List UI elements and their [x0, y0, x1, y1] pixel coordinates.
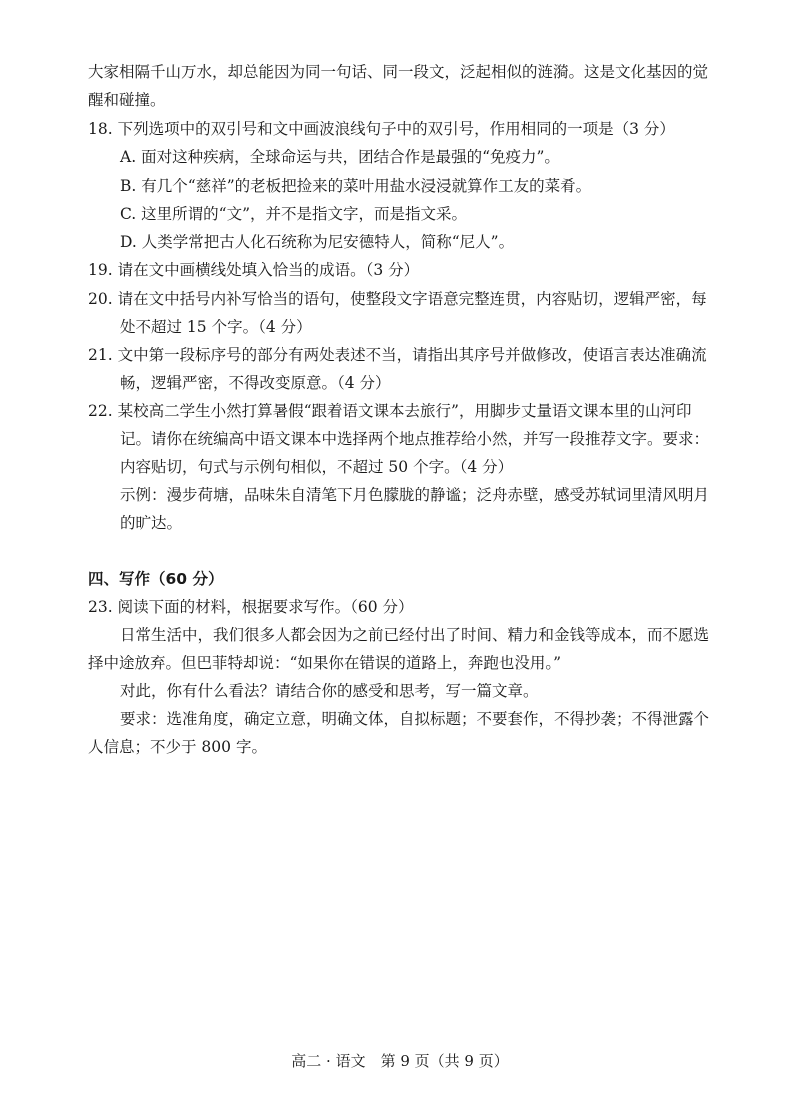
question-number: 18.: [88, 120, 113, 138]
page-footer: 高二 · 语文 第 9 页（共 9 页）: [0, 1050, 800, 1071]
question-continuation: 内容贴切，句式与示例句相似，不超过 50 个字。（4 分）: [120, 457, 513, 477]
option-text: 这里所谓的“文”，并不是指文字，而是指文采。: [141, 205, 467, 223]
question-20: 20. 请在文中括号内补写恰当的语句，使整段文字语意完整连贯，内容贴切，逻辑严密…: [88, 289, 707, 309]
material-line: 日常生活中，我们很多人都会因为之前已经付出了时间、精力和金钱等成本，而不愿选: [120, 625, 709, 645]
passage-line: 醒和碰撞。: [88, 90, 166, 110]
question-19: 19. 请在文中画横线处填入恰当的成语。（3 分）: [88, 260, 419, 280]
question-text: 阅读下面的材料，根据要求写作。（60 分）: [118, 598, 414, 616]
question-21: 21. 文中第一段标序号的部分有两处表述不当，请指出其序号并做修改，使语言表达准…: [88, 345, 707, 365]
requirements-line: 人信息；不少于 800 字。: [88, 737, 267, 757]
question-text: 文中第一段标序号的部分有两处表述不当，请指出其序号并做修改，使语言表达准确流: [118, 346, 707, 364]
option-c: C. 这里所谓的“文”，并不是指文字，而是指文采。: [120, 204, 467, 224]
option-a: A. 面对这种疾病，全球命运与共，团结合作是最强的“免疫力”。: [120, 147, 560, 167]
option-b: B. 有几个“慈祥”的老板把捡来的菜叶用盐水浸浸就算作工友的菜肴。: [120, 176, 591, 196]
question-number: 20.: [88, 290, 113, 308]
option-label: A.: [120, 148, 136, 166]
option-label: D.: [120, 233, 137, 251]
passage-line: 大家相隔千山万水，却总能因为同一句话、同一段文，泛起相似的涟漪。这是文化基因的觉: [88, 62, 708, 82]
question-number: 21.: [88, 346, 113, 364]
section-heading: 四、写作（60 分）: [88, 569, 223, 589]
option-text: 人类学常把古人化石统称为尼安德特人，简称“尼人”。: [142, 233, 514, 251]
question-18: 18. 下列选项中的双引号和文中画波浪线句子中的双引号，作用相同的一项是（3 分…: [88, 119, 675, 139]
question-22: 22. 某校高二学生小然打算暑假“跟着语文课本去旅行”，用脚步丈量语文课本里的山…: [88, 401, 691, 421]
question-number: 19.: [88, 261, 113, 279]
requirements-line: 要求：选准角度，确定立意，明确文体，自拟标题；不要套作，不得抄袭；不得泄露个: [120, 709, 709, 729]
question-continuation: 畅，逻辑严密，不得改变原意。（4 分）: [120, 373, 391, 393]
example-line: 示例：漫步荷塘，品味朱自清笔下月色朦胧的静谧；泛舟赤壁，感受苏轼词里清风明月: [120, 485, 709, 505]
question-text: 请在文中画横线处填入恰当的成语。（3 分）: [118, 261, 420, 279]
question-continuation: 处不超过 15 个字。（4 分）: [120, 317, 312, 337]
option-label: C.: [120, 205, 136, 223]
option-label: B.: [120, 177, 136, 195]
question-23: 23. 阅读下面的材料，根据要求写作。（60 分）: [88, 597, 414, 617]
option-text: 有几个“慈祥”的老板把捡来的菜叶用盐水浸浸就算作工友的菜肴。: [141, 177, 591, 195]
task-line: 对此，你有什么看法？请结合你的感受和思考，写一篇文章。: [120, 681, 539, 701]
option-text: 面对这种疾病，全球命运与共，团结合作是最强的“免疫力”。: [141, 148, 560, 166]
question-text: 请在文中括号内补写恰当的语句，使整段文字语意完整连贯，内容贴切，逻辑严密，每: [118, 290, 707, 308]
question-text: 下列选项中的双引号和文中画波浪线句子中的双引号，作用相同的一项是（3 分）: [118, 120, 675, 138]
question-number: 23.: [88, 598, 113, 616]
option-d: D. 人类学常把古人化石统称为尼安德特人，简称“尼人”。: [120, 232, 514, 252]
question-continuation: 记。请你在统编高中语文课本中选择两个地点推荐给小然，并写一段推荐文字。要求：: [120, 429, 709, 449]
material-line: 择中途放弃。但巴菲特却说：“如果你在错误的道路上，奔跑也没用。”: [88, 653, 561, 673]
question-number: 22.: [88, 402, 113, 420]
question-text: 某校高二学生小然打算暑假“跟着语文课本去旅行”，用脚步丈量语文课本里的山河印: [118, 402, 692, 420]
example-line: 的旷达。: [120, 513, 182, 533]
